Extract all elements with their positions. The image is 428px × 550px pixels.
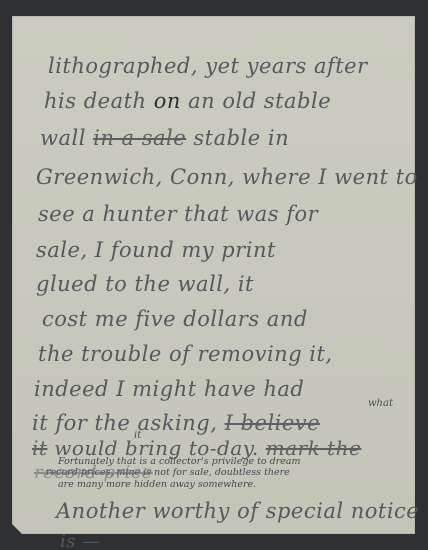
struck-text: it [32,436,47,460]
line-text: it for the asking, [32,411,217,435]
manuscript-line-8: cost me five dollars and [42,307,308,331]
line-text: an old stable [188,89,331,113]
interlinear-note-line-3: are many more hidden away somewhere. [58,479,256,490]
manuscript-page: lithographed, yet years after his death … [12,16,415,534]
line-text: his death [44,89,147,113]
struck-text: in a sale [93,126,186,150]
line-text: stable in [193,126,289,150]
line-text: wall [40,126,86,150]
struck-text: I believe [225,411,321,435]
manuscript-line-5: see a hunter that was for [38,202,318,226]
manuscript-line-11: it for the asking, I believe [32,411,320,435]
manuscript-line-2: his death on an old stable [44,89,331,113]
manuscript-line-1: lithographed, yet years after [48,54,368,78]
dark-ink-word: on [154,89,181,113]
manuscript-line-6: sale, I found my print [36,238,276,262]
manuscript-line-10: indeed I might have had [34,377,304,401]
folded-corner [12,524,22,534]
manuscript-line-3: wall in a sale stable in [40,126,289,150]
interlinear-insert: what [368,398,393,409]
manuscript-line-4: Greenwich, Conn, where I went to [36,165,418,189]
manuscript-line-7: glued to the wall, it [36,272,254,296]
manuscript-line-9: the trouble of removing it, [38,342,333,366]
manuscript-line-14: Another worthy of special notice [56,499,419,523]
manuscript-line-15: is — [60,531,101,550]
